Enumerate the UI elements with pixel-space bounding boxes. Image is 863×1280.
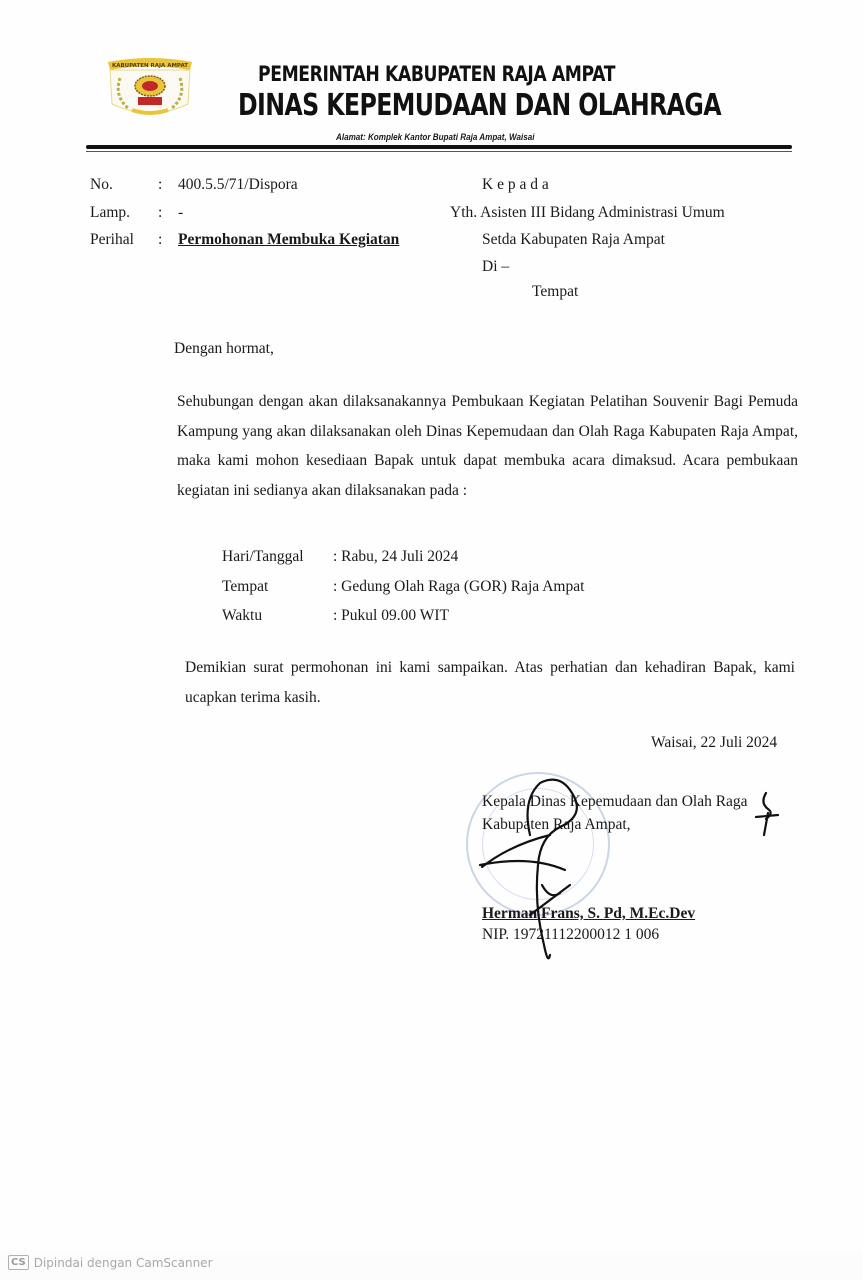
recipient-line3: Di – xyxy=(482,258,509,276)
letterhead-agency: DINAS KEPEMUDAAN DAN OLAHRAGA xyxy=(238,88,721,123)
camscanner-logo-icon: CS xyxy=(8,1255,29,1270)
meta-colon: : xyxy=(158,204,162,222)
detail-label-date: Hari/Tanggal xyxy=(222,548,304,566)
meta-value-subject: Permohonan Membuka Kegiatan xyxy=(178,231,399,249)
signatory-nip: NIP. 19721112200012 1 006 xyxy=(482,926,659,944)
salutation: Dengan hormat, xyxy=(174,340,274,358)
letterhead-rule xyxy=(86,145,792,149)
meta-label-attachment: Lamp. xyxy=(90,204,130,222)
recipient-line2: Setda Kabupaten Raja Ampat xyxy=(482,231,665,249)
closing-paragraph: Demikian surat permohonan ini kami sampa… xyxy=(185,653,795,713)
signatory-title-line1: Kepala Dinas Kepemudaan dan Olah Raga xyxy=(482,793,748,811)
camscanner-watermark: CS Dipindai dengan CamScanner xyxy=(8,1255,213,1270)
place-date: Waisai, 22 Juli 2024 xyxy=(651,734,777,752)
letterhead-government: PEMERINTAH KABUPATEN RAJA AMPAT xyxy=(258,62,561,86)
letterhead-address: Alamat: Komplek Kantor Bupati Raja Ampat… xyxy=(336,132,534,142)
detail-value-date: : Rabu, 24 Juli 2024 xyxy=(333,548,458,566)
camscanner-text: Dipindai dengan CamScanner xyxy=(34,1256,213,1270)
detail-value-place: : Gedung Olah Raga (GOR) Raja Ampat xyxy=(333,578,584,596)
detail-label-place: Tempat xyxy=(222,578,268,596)
letter-page: KABUPATEN RAJA AMPAT PEMERINTAH KABUPATE… xyxy=(0,0,863,1250)
recipient-kepada: K e p a d a xyxy=(482,176,549,194)
meta-label-subject: Perihal xyxy=(90,231,134,249)
detail-value-time: : Pukul 09.00 WIT xyxy=(333,607,449,625)
meta-value-attachment: - xyxy=(178,204,183,222)
detail-label-time: Waktu xyxy=(222,607,262,625)
signatory-title-line2: Kabupaten Raja Ampat, xyxy=(482,816,631,834)
meta-colon: : xyxy=(158,231,162,249)
body-paragraph: Sehubungan dengan akan dilaksanakannya P… xyxy=(177,387,798,505)
meta-colon: : xyxy=(158,176,162,194)
regency-emblem-icon: KABUPATEN RAJA AMPAT xyxy=(102,52,198,122)
svg-text:KABUPATEN RAJA AMPAT: KABUPATEN RAJA AMPAT xyxy=(112,63,188,69)
letterhead-rule-thin xyxy=(86,151,792,152)
recipient-line4: Tempat xyxy=(532,283,578,301)
meta-value-number: 400.5.5/71/Dispora xyxy=(178,176,298,194)
recipient-line1: Yth. Asisten III Bidang Administrasi Umu… xyxy=(450,204,725,222)
signatory-name: Herman Frans, S. Pd, M.Ec.Dev xyxy=(482,905,695,923)
meta-label-number: No. xyxy=(90,176,113,194)
